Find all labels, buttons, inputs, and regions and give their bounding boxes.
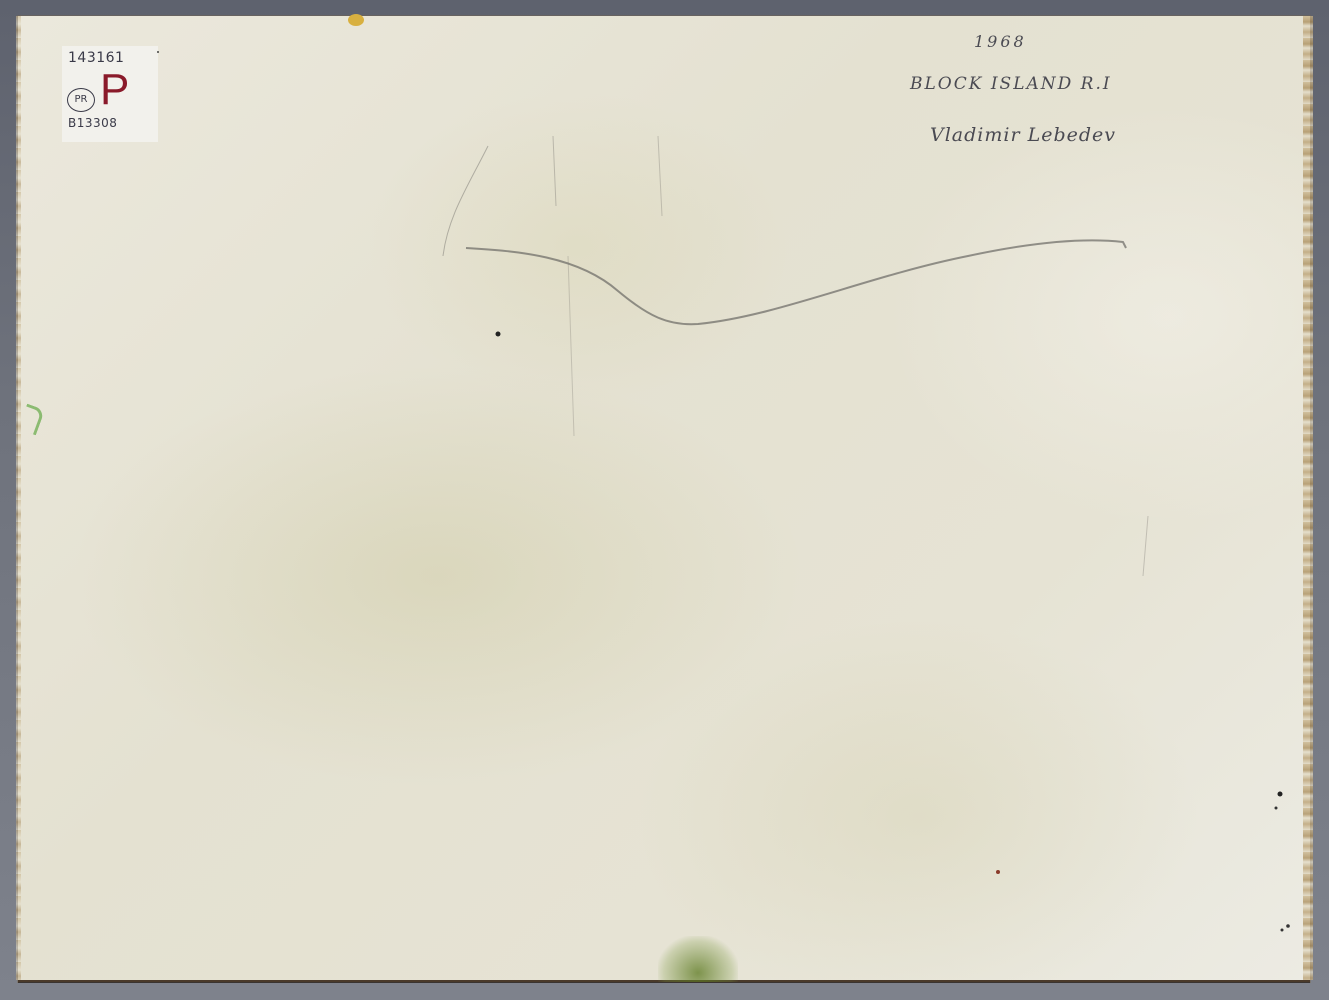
green-stain [658, 936, 738, 982]
artwork-board-back: 143161 PR P B13308 1968 BLOCK ISLAND R.I… [18, 16, 1310, 982]
pencil-sketch-lines [18, 16, 1310, 980]
